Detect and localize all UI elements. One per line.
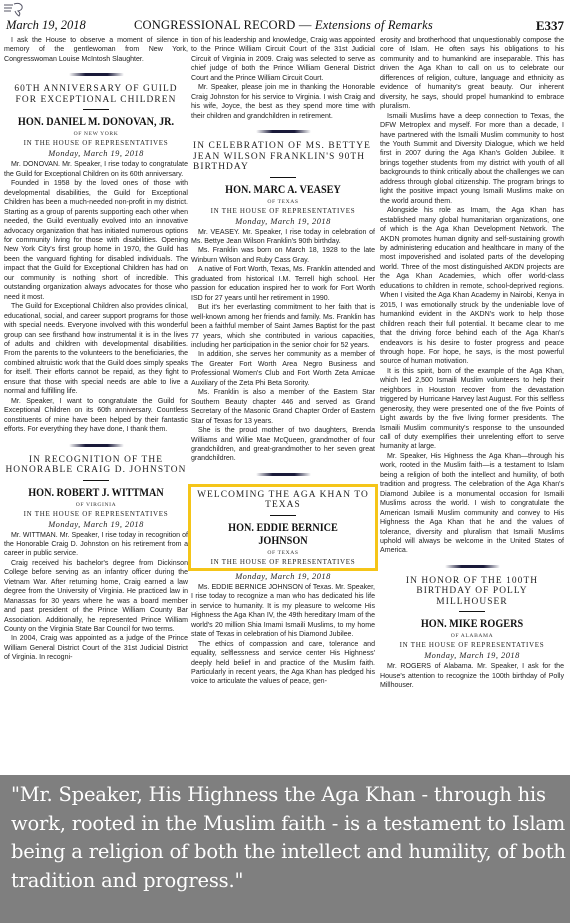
- member-state: OF ALABAMA: [380, 632, 564, 640]
- paragraph: It is this spirit, born of the example o…: [380, 367, 564, 452]
- page-header: March 19, 2018 CONGRESSIONAL RECORD — Ex…: [6, 18, 564, 34]
- gpo-eagle-logo-icon: [3, 2, 25, 18]
- chamber-label: IN THE HOUSE OF REPRESENTATIVES: [193, 557, 373, 567]
- paragraph: Mr. DONOVAN. Mr. Speaker, I rise today t…: [4, 160, 188, 179]
- header-title: CONGRESSIONAL RECORD — Extensions of Rem…: [134, 18, 433, 33]
- paragraph: She is the proud mother of two daughters…: [191, 426, 375, 464]
- article-title: 60TH ANNIVERSARY OF GUILD FOR EXCEPTIONA…: [4, 84, 188, 105]
- chamber-label: IN THE HOUSE OF REPRESENTATIVES: [191, 206, 375, 216]
- member-state: OF TEXAS: [191, 198, 375, 206]
- title-rule: [83, 109, 109, 110]
- paragraph: The ethics of compassion and care, toler…: [191, 640, 375, 687]
- paragraph: Founded in 1958 by the loved ones of tho…: [4, 179, 188, 302]
- article-title: IN HONOR OF THE 100TH BIRTHDAY OF POLLY …: [380, 576, 564, 608]
- section-divider: [69, 73, 124, 76]
- paragraph: Mr. Speaker, please join me in thanking …: [191, 83, 375, 121]
- section-name: Extensions of Remarks: [315, 18, 433, 32]
- paragraph: erosity and brotherhood that unquestiona…: [380, 36, 564, 112]
- publication-name: CONGRESSIONAL RECORD: [134, 18, 296, 32]
- paragraph: Ms. EDDIE BERNICE JOHNSON of Texas. Mr. …: [191, 583, 375, 640]
- section-divider: [69, 444, 124, 447]
- paragraph: Craig received his bachelor's degree fro…: [4, 559, 188, 635]
- dateline: Monday, March 19, 2018: [191, 571, 375, 582]
- article-title: WELCOMING THE AGA KHAN TO TEXAS: [193, 490, 373, 511]
- column-3: erosity and brotherhood that unquestiona…: [380, 36, 564, 691]
- paragraph: I ask the House to observe a moment of s…: [4, 36, 188, 64]
- highlighted-article-header: WELCOMING THE AGA KHAN TO TEXAS HON. EDD…: [188, 484, 378, 571]
- column-2: tion of his leadership and knowledge, Cr…: [191, 36, 375, 687]
- member-state: OF TEXAS: [193, 549, 373, 557]
- title-rule: [270, 177, 296, 178]
- member-name: HON. MIKE ROGERS: [394, 617, 550, 630]
- member-name: HON. ROBERT J. WITTMAN: [18, 486, 174, 499]
- paragraph: tion of his leadership and knowledge, Cr…: [191, 36, 375, 83]
- paragraph: In addition, she serves her community as…: [191, 350, 375, 388]
- section-divider: [256, 130, 311, 133]
- chamber-label: IN THE HOUSE OF REPRESENTATIVES: [380, 640, 564, 650]
- title-rule: [270, 515, 296, 516]
- member-name: HON. EDDIE BERNICE JOHNSON: [207, 521, 360, 547]
- paragraph: Mr. VEASEY. Mr. Speaker, I rise today in…: [191, 228, 375, 247]
- section-divider: [445, 565, 500, 568]
- paragraph: Mr. WITTMAN. Mr. Speaker, I rise today i…: [4, 531, 188, 559]
- paragraph: A native of Fort Worth, Texas, Ms. Frank…: [191, 265, 375, 303]
- article-title: IN RECOGNITION OF THE HONORABLE CRAIG D.…: [4, 455, 188, 476]
- paragraph: Alongside his role as Imam, the Aga Khan…: [380, 206, 564, 367]
- quote-banner: "Mr. Speaker, His Highness the Aga Khan …: [0, 775, 570, 923]
- chamber-label: IN THE HOUSE OF REPRESENTATIVES: [4, 509, 188, 519]
- paragraph: Mr. Speaker, I want to congratulate the …: [4, 397, 188, 435]
- member-name: HON. MARC A. VEASEY: [205, 183, 361, 196]
- paragraph: Mr. ROGERS of Alabama. Mr. Speaker, I as…: [380, 662, 564, 690]
- member-name: HON. DANIEL M. DONOVAN, JR.: [18, 115, 174, 128]
- chamber-label: IN THE HOUSE OF REPRESENTATIVES: [4, 138, 188, 148]
- paragraph: The Guild for Exceptional Children also …: [4, 302, 188, 397]
- page-number: E337: [536, 18, 564, 34]
- paragraph: Ms. Franklin is also a member of the Eas…: [191, 388, 375, 426]
- dateline: Monday, March 19, 2018: [4, 148, 188, 159]
- paragraph: But it's her everlasting commitment to h…: [191, 303, 375, 350]
- article-title: IN CELEBRATION OF MS. BETTYE JEAN WILSON…: [191, 141, 375, 173]
- congressional-record-page: March 19, 2018 CONGRESSIONAL RECORD — Ex…: [0, 0, 570, 923]
- title-rule: [83, 480, 109, 481]
- header-date: March 19, 2018: [6, 18, 86, 33]
- member-state: OF VIRGINIA: [4, 501, 188, 509]
- dateline: Monday, March 19, 2018: [4, 519, 188, 530]
- paragraph: Ms. Franklin was born on March 18, 1928 …: [191, 246, 375, 265]
- column-1: I ask the House to observe a moment of s…: [4, 36, 188, 663]
- section-divider: [256, 473, 311, 476]
- paragraph: In 2004, Craig was appointed as a judge …: [4, 634, 188, 662]
- paragraph: Mr. Speaker, His Highness the Aga Khan—t…: [380, 452, 564, 556]
- dateline: Monday, March 19, 2018: [380, 650, 564, 661]
- paragraph: Ismaili Muslims have a deep connection t…: [380, 112, 564, 207]
- title-rule: [459, 611, 485, 612]
- pull-quote: "Mr. Speaker, His Highness the Aga Khan …: [11, 781, 567, 895]
- member-state: OF NEW YORK: [4, 130, 188, 138]
- dateline: Monday, March 19, 2018: [191, 216, 375, 227]
